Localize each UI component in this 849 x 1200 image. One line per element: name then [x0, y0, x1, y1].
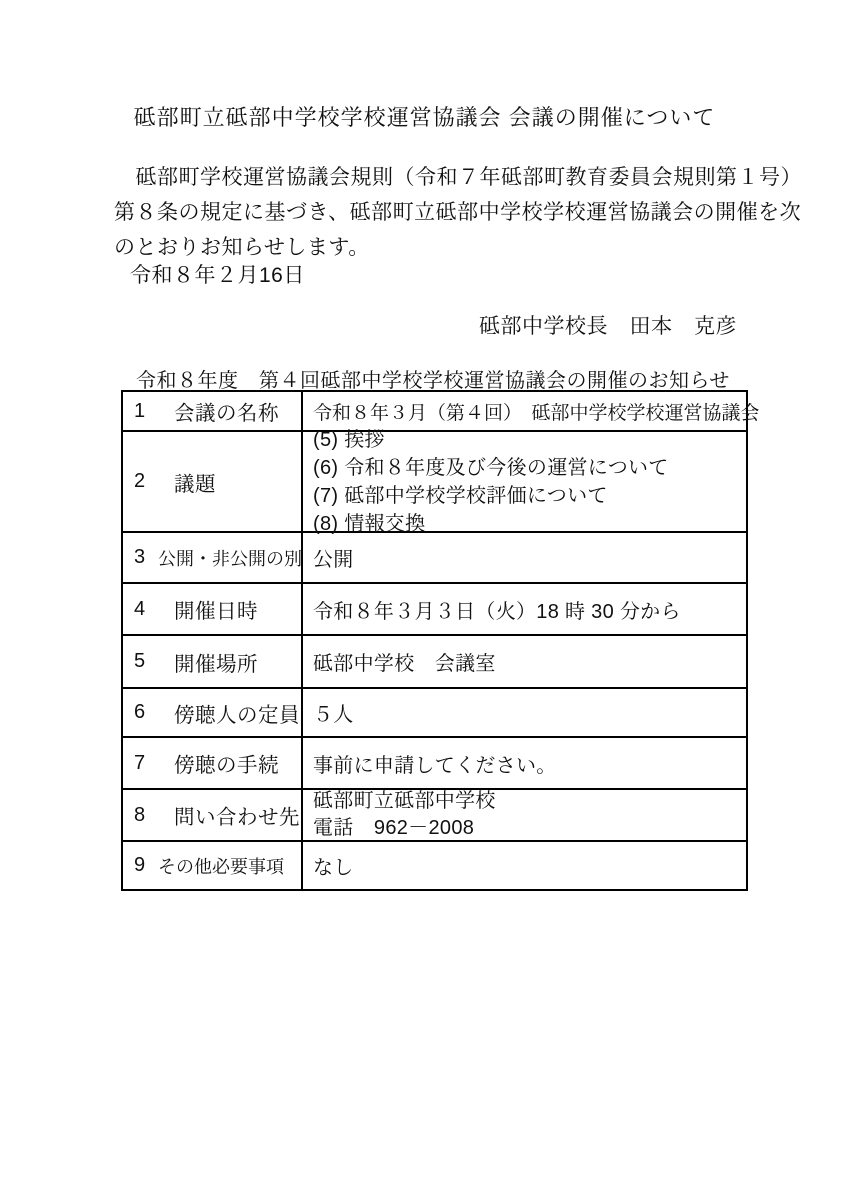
- row-label-cell: 4 開催日時: [123, 584, 303, 634]
- table-row-datetime: 4 開催日時 令和８年３月３日（火）18 時 30 分から: [123, 582, 746, 634]
- row-label-cell: 9 その他必要事項: [123, 842, 303, 889]
- row-value-cell: 公開: [303, 533, 746, 582]
- agenda-item-3: (7) 砥部中学校学校評価について: [313, 482, 746, 510]
- row-label: その他必要事項: [158, 853, 284, 879]
- row-label: 開催日時: [174, 594, 258, 624]
- row-label-cell: 7 傍聴の手続: [123, 738, 303, 788]
- row-value-cell: 砥部町立砥部中学校 電話 962－2008: [303, 790, 746, 840]
- row-number: 2: [134, 470, 174, 493]
- contact-name: 砥部町立砥部中学校: [313, 788, 746, 815]
- row-value-cell: 事前に申請してください。: [303, 738, 746, 788]
- row-value-cell: (5) 挨拶 (6) 令和８年度及び今後の運営について (7) 砥部中学校学校評…: [303, 432, 746, 531]
- row-value: 令和８年３月（第４回） 砥部中学校学校運営協議会: [313, 398, 760, 425]
- row-value: 令和８年３月３日（火）18 時 30 分から: [313, 595, 746, 624]
- row-label-cell: 1 会議の名称: [123, 392, 303, 430]
- row-label: 開催場所: [174, 647, 258, 677]
- document-title: 砥部町立砥部中学校学校運営協議会 会議の開催について: [0, 101, 849, 132]
- intro-line-2: 第８条の規定に基づき、砥部町立砥部中学校学校運営協議会の開催を次: [114, 195, 754, 230]
- row-number: 1: [134, 400, 174, 423]
- table-row-agenda: 2 議題 (5) 挨拶 (6) 令和８年度及び今後の運営について (7) 砥部中…: [123, 430, 746, 531]
- table-caption: 令和８年度 第４回砥部中学校学校運営協議会の開催のお知らせ: [136, 364, 730, 393]
- document-page: 砥部町立砥部中学校学校運営協議会 会議の開催について 砥部町学校運営協議会規則（…: [0, 0, 849, 1200]
- row-label: 問い合わせ先: [174, 800, 300, 830]
- row-number: 3: [134, 546, 158, 569]
- intro-line-1: 砥部町学校運営協議会規則（令和７年砥部町教育委員会規則第１号）: [114, 160, 754, 195]
- row-value-cell: ５人: [303, 689, 746, 736]
- row-value: 公開: [313, 543, 746, 572]
- row-label-cell: 2 議題: [123, 432, 303, 531]
- row-label: 議題: [174, 467, 216, 497]
- row-label: 傍聴の手続: [174, 748, 279, 778]
- row-label: 傍聴人の定員: [174, 698, 300, 728]
- row-label-cell: 6 傍聴人の定員: [123, 689, 303, 736]
- intro-paragraph: 砥部町学校運営協議会規則（令和７年砥部町教育委員会規則第１号） 第８条の規定に基…: [114, 160, 754, 265]
- table-row-meeting-name: 1 会議の名称 令和８年３月（第４回） 砥部中学校学校運営協議会: [123, 392, 746, 430]
- row-value-cell: 砥部中学校 会議室: [303, 636, 746, 687]
- table-row-observer-procedure: 7 傍聴の手続 事前に申請してください。: [123, 736, 746, 788]
- table-row-contact: 8 問い合わせ先 砥部町立砥部中学校 電話 962－2008: [123, 788, 746, 840]
- row-value-cell: なし: [303, 842, 746, 889]
- row-number: 8: [134, 804, 174, 827]
- row-value: なし: [313, 851, 746, 880]
- row-number: 4: [134, 598, 174, 621]
- row-label-cell: 8 問い合わせ先: [123, 790, 303, 840]
- row-value-cell: 令和８年３月３日（火）18 時 30 分から: [303, 584, 746, 634]
- row-value: ５人: [313, 698, 746, 727]
- agenda-item-1: (5) 挨拶: [313, 426, 746, 454]
- table-row-public-status: 3 公開・非公開の別 公開: [123, 531, 746, 582]
- row-value: 砥部中学校 会議室: [313, 647, 746, 676]
- row-number: 9: [134, 854, 158, 877]
- row-label-cell: 5 開催場所: [123, 636, 303, 687]
- table-row-other-notes: 9 その他必要事項 なし: [123, 840, 746, 889]
- contact-phone: 電話 962－2008: [313, 815, 746, 842]
- principal-signature: 砥部中学校長 田本 克彦: [479, 310, 737, 340]
- row-number: 7: [134, 752, 174, 775]
- row-label: 会議の名称: [174, 396, 279, 426]
- row-number: 5: [134, 650, 174, 673]
- table-row-observer-capacity: 6 傍聴人の定員 ５人: [123, 687, 746, 736]
- row-value-cell: 令和８年３月（第４回） 砥部中学校学校運営協議会: [303, 392, 760, 430]
- row-number: 6: [134, 701, 174, 724]
- agenda-item-2: (6) 令和８年度及び今後の運営について: [313, 454, 746, 482]
- table-row-venue: 5 開催場所 砥部中学校 会議室: [123, 634, 746, 687]
- row-label-cell: 3 公開・非公開の別: [123, 533, 303, 582]
- meeting-info-table: 1 会議の名称 令和８年３月（第４回） 砥部中学校学校運営協議会 2 議題 (5…: [121, 390, 748, 891]
- row-value: 事前に申請してください。: [313, 749, 746, 778]
- row-label: 公開・非公開の別: [158, 545, 302, 571]
- issue-date: 令和８年２月16日: [130, 259, 305, 289]
